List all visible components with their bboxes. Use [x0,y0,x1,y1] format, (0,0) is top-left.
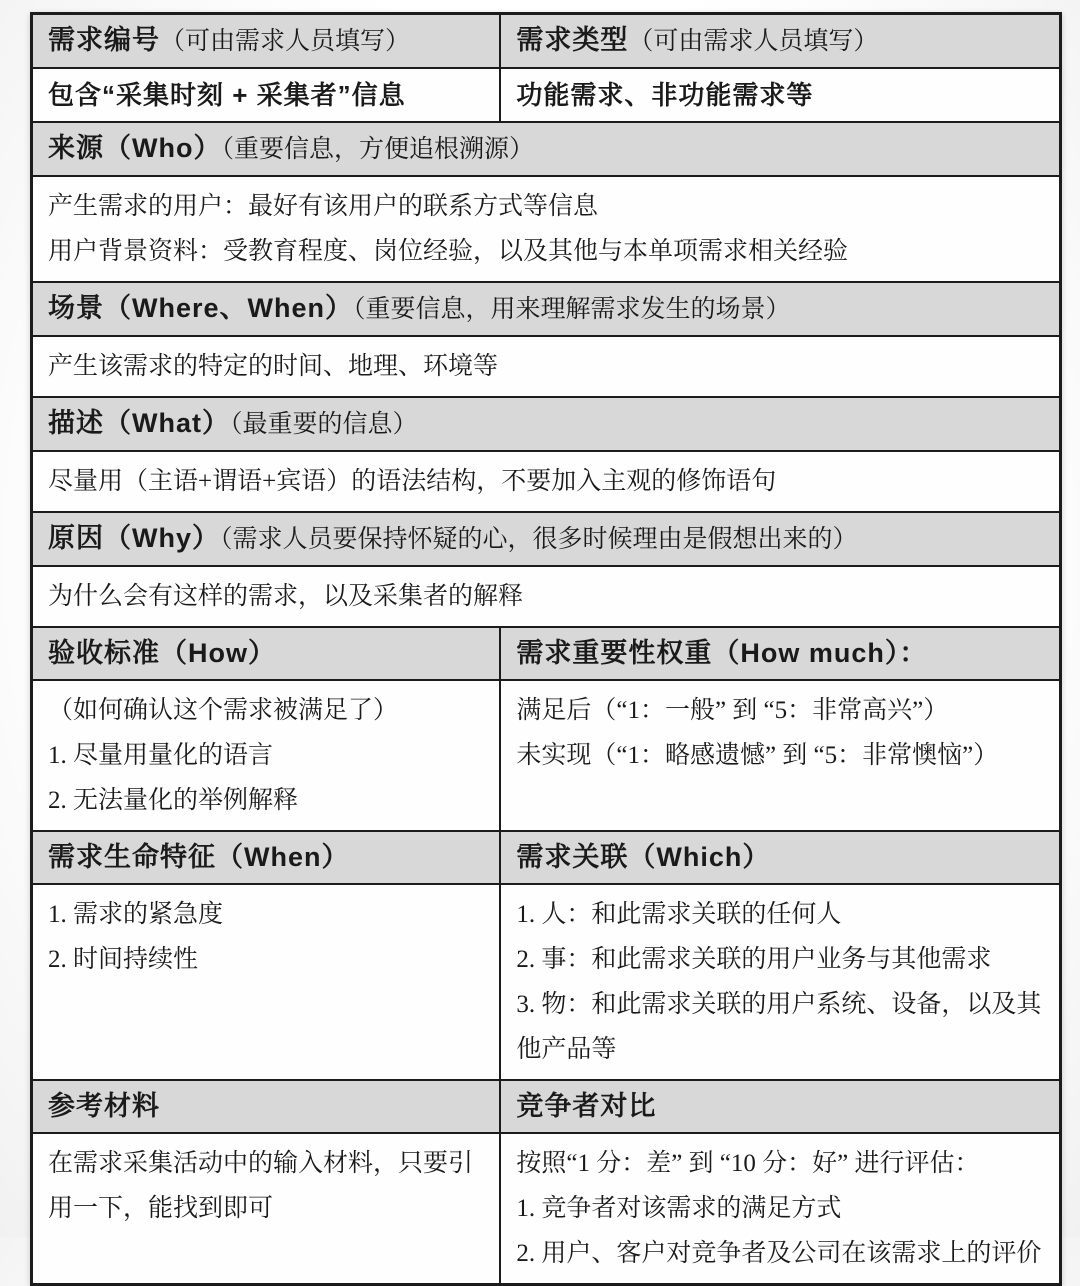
body-row: 尽量用（主语+谓语+宾语）的语法结构，不要加入主观的修饰语句 [33,450,1059,511]
section-title: 需求生命特征（When） [48,842,350,872]
body-line: 1. 人：和此需求关联的任何人 [516,892,1044,937]
body-line: 产生该需求的特定的时间、地理、环境等 [48,344,1044,389]
body-line: 满足后（“1：一般” 到 “5：非常高兴”） [516,688,1044,733]
body-line: 为什么会有这样的需求，以及采集者的解释 [48,574,1044,619]
body-row: 在需求采集活动中的输入材料，只要引用一下，能找到即可按照“1 分：差” 到 “1… [33,1132,1059,1237]
body-line: 包含“采集时刻 + 采集者”信息 [48,76,484,114]
cell-left: （如何确认这个需求被满足了）1. 尽量用量化的语言2. 无法量化的举例解释 [33,681,501,830]
body-line: 1. 尽量用量化的语言 [48,733,484,778]
section-title: 竞争者对比 [516,1091,656,1121]
body-line: 2. 无法量化的举例解释 [48,778,484,823]
body-line: （如何确认这个需求被满足了） [48,688,484,733]
section-note: （最重要的信息） [230,411,418,438]
cell-right: 竞争者对比 [501,1081,1059,1132]
cell-left: 参考材料 [33,1081,501,1132]
section-note: （可由需求人员填写） [160,28,410,55]
cell-right: 需求关联（Which） [501,832,1059,883]
section-title: 需求关联（Which） [516,842,770,872]
body-row: 产生需求的用户：最好有该用户的联系方式等信息用户背景资料：受教育程度、岗位经验，… [33,175,1059,281]
cell-left: 需求生命特征（When） [33,832,501,883]
body-line: 2. 时间持续性 [48,937,484,982]
body-line: 尽量用（主语+谓语+宾语）的语法结构，不要加入主观的修饰语句 [48,459,1044,504]
section-title: 验收标准（How） [48,638,276,668]
cell-left: 需求编号（可由需求人员填写） [33,15,501,67]
section-header-row: 原因（Why）（需求人员要保持怀疑的心，很多时候理由是假想出来的） [33,511,1059,565]
section-title: 需求重要性权重（How much）： [516,638,927,668]
requirements-collection-table: 需求编号（可由需求人员填写）需求类型（可由需求人员填写）包含“采集时刻 + 采集… [30,12,1062,1237]
body-row: 1. 需求的紧急度2. 时间持续性1. 人：和此需求关联的任何人2. 事：和此需… [33,883,1059,1079]
cell-right: 按照“1 分：差” 到 “10 分：好” 进行评估：1. 竞争者对该需求的满足方… [501,1134,1059,1237]
cell-right: 功能需求、非功能需求等 [501,69,1059,121]
body-line: 1. 需求的紧急度 [48,892,484,937]
body-line: 在需求采集活动中的输入材料，只要引用一下，能找到即可 [48,1141,484,1231]
section-note: （重要信息，方便追根溯源） [221,136,534,163]
cell-left: 验收标准（How） [33,628,501,679]
body-line: 3. 物：和此需求关联的用户系统、设备，以及其他产品等 [516,982,1044,1072]
cell-left: 包含“采集时刻 + 采集者”信息 [33,69,501,121]
section-title: 原因（Why） [48,523,220,553]
section-title: 描述（What） [48,408,230,438]
section-header-row: 描述（What）（最重要的信息） [33,396,1059,450]
body-line: 产生需求的用户：最好有该用户的联系方式等信息 [48,184,1044,229]
body-row: 产生该需求的特定的时间、地理、环境等 [33,335,1059,396]
body-line: 用户背景资料：受教育程度、岗位经验，以及其他与本单项需求相关经验 [48,229,1044,274]
section-title: 需求类型 [516,25,628,55]
section-header-row: 需求编号（可由需求人员填写）需求类型（可由需求人员填写） [33,15,1059,67]
section-header-row: 验收标准（How）需求重要性权重（How much）： [33,626,1059,679]
body-row: 包含“采集时刻 + 采集者”信息功能需求、非功能需求等 [33,67,1059,121]
cell-left: 1. 需求的紧急度2. 时间持续性 [33,885,501,1079]
body-line: 未实现（“1：略感遗憾” 到 “5：非常懊恼”） [516,733,1044,778]
body-line: 1. 竞争者对该需求的满足方式 [516,1186,1044,1231]
body-line: 2. 用户、客户对竞争者及公司在该需求上的评价 [516,1231,1044,1237]
cell-right: 需求类型（可由需求人员填写） [501,15,1059,67]
body-row: 为什么会有这样的需求，以及采集者的解释 [33,565,1059,626]
section-note: （可由需求人员填写） [628,28,878,55]
cell-right: 满足后（“1：一般” 到 “5：非常高兴”）未实现（“1：略感遗憾” 到 “5：… [501,681,1059,830]
section-header-row: 场景（Where、When）（重要信息，用来理解需求发生的场景） [33,281,1059,335]
body-line: 2. 事：和此需求关联的用户业务与其他需求 [516,937,1044,982]
section-title: 需求编号 [48,25,160,55]
section-header-row: 来源（Who）（重要信息，方便追根溯源） [33,121,1059,175]
section-title: 来源（Who） [48,133,221,163]
body-row: （如何确认这个需求被满足了）1. 尽量用量化的语言2. 无法量化的举例解释满足后… [33,679,1059,830]
section-title: 参考材料 [48,1091,160,1121]
section-note: （重要信息，用来理解需求发生的场景） [353,296,791,323]
cell-left: 在需求采集活动中的输入材料，只要引用一下，能找到即可 [33,1134,501,1237]
section-header-row: 参考材料竞争者对比 [33,1079,1059,1132]
section-header-row: 需求生命特征（When）需求关联（Which） [33,830,1059,883]
section-title: 场景（Where、When） [48,293,353,323]
section-note: （需求人员要保持怀疑的心，很多时候理由是假想出来的） [220,526,858,553]
body-line: 按照“1 分：差” 到 “10 分：好” 进行评估： [516,1141,1044,1186]
cell-right: 需求重要性权重（How much）： [501,628,1059,679]
cell-right: 1. 人：和此需求关联的任何人2. 事：和此需求关联的用户业务与其他需求3. 物… [501,885,1059,1079]
body-line: 功能需求、非功能需求等 [516,76,1044,114]
